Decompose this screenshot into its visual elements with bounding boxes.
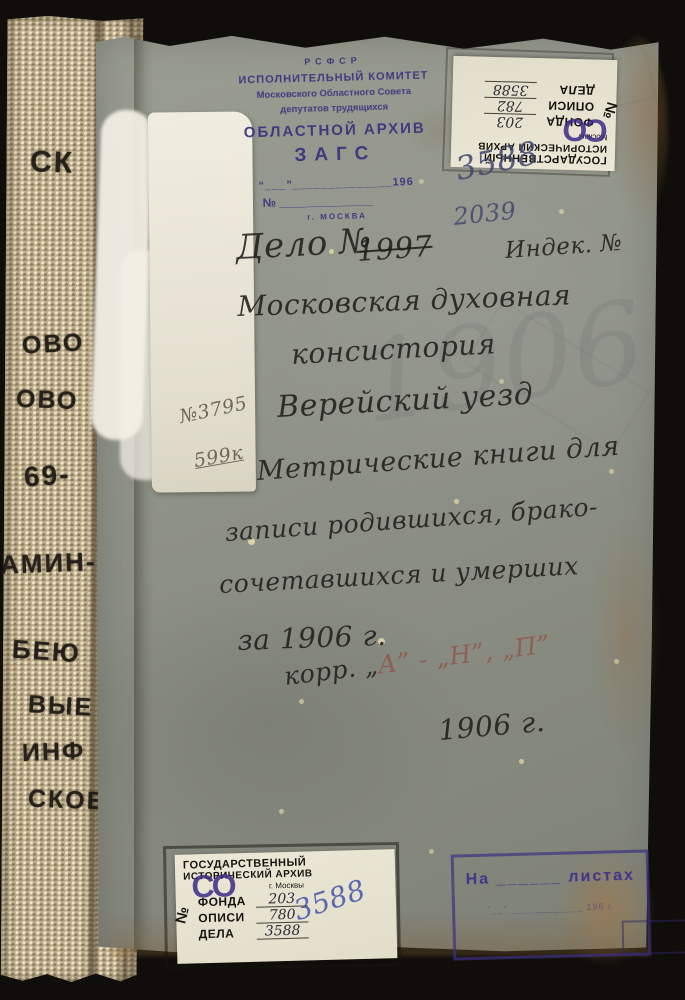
- archival-book-cover-photo: СК ОВО ОВО 69- АМИН- БЕЮ ВЫЕ ИНФ СКОЕ РС…: [0, 0, 685, 1000]
- archive-label-bottom: ГОСУДАРСТВЕННЫЙ ИСТОРИЧЕСКИЙ АРХИВ г. Мо…: [175, 849, 398, 964]
- spine-handwritten-fragment: ИНФ: [22, 737, 86, 768]
- archive-row-label: ОПИСИ: [198, 910, 256, 926]
- spine-handwritten-fragment: СКОЕ: [28, 785, 106, 817]
- registry-ink-stamp: РСФСР ИСПОЛНИТЕЛЬНЫЙ КОМИТЕТ Московского…: [231, 53, 439, 223]
- stamp-line: ИСПОЛНИТЕЛЬНЫЙ КОМИТЕТ: [231, 69, 435, 86]
- archive-row-label: ДЕЛА: [199, 926, 257, 942]
- stamp-line: ЗАГС: [233, 141, 438, 168]
- sheets-line: На ______ листах: [454, 866, 646, 889]
- spine-handwritten-fragment: АМИН-: [0, 546, 97, 580]
- archive-row-delo: ДЕЛА 3588: [199, 922, 391, 941]
- spine-handwritten-fragment: БЕЮ: [11, 634, 82, 670]
- co-overstamp: СО: [191, 867, 235, 905]
- archive-row-value: 203: [484, 113, 536, 128]
- co-overstamp: СО: [564, 111, 608, 149]
- spine-handwritten-fragment: ВЫЕ: [27, 690, 94, 722]
- handwritten-old-number-struck: 1997: [356, 229, 434, 268]
- paper-specks: [0, 0, 3, 3]
- stamp-line: ОБЛАСТНОЙ АРХИВ: [233, 119, 437, 141]
- archive-row-delo: ДЕЛА 3588: [458, 80, 594, 98]
- empty-stamp-box: [622, 919, 685, 954]
- spine-handwritten-fragment: 69-: [23, 458, 72, 493]
- archive-row-value: 782: [484, 97, 536, 112]
- archive-row-value: 3588: [256, 924, 308, 939]
- stamp-line: Московского Областного Совета: [232, 85, 436, 101]
- stamp-line: депутатов трудящихся: [232, 100, 436, 116]
- handwritten-case-prefix: Дело №: [235, 221, 373, 268]
- sheets-date-line: “__” ____________ 196 г.: [455, 900, 647, 915]
- number-sign: №: [172, 905, 192, 925]
- archive-row-value: 3588: [484, 81, 536, 96]
- archive-row-label: ДЕЛА: [536, 82, 594, 98]
- spine-handwritten-fragment: СК: [29, 145, 74, 181]
- stamp-number-blank: № ______________: [234, 191, 438, 210]
- stamp-date-blank: “___”______________196: [234, 175, 438, 192]
- spine-handwritten-fragment: ОВО: [16, 385, 79, 416]
- spine-handwritten-fragment: ОВО: [21, 328, 85, 360]
